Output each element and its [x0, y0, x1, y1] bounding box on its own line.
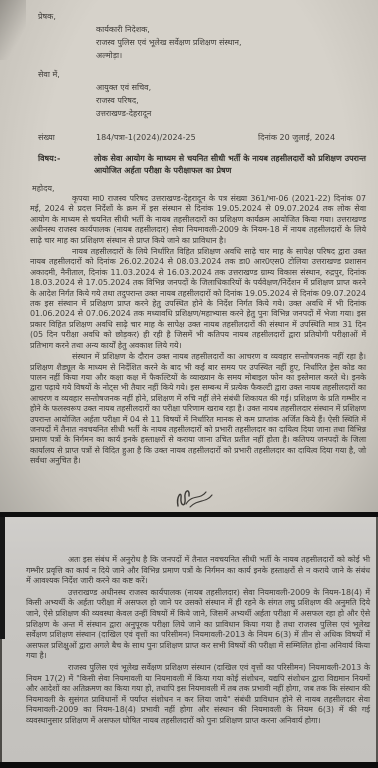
reference-row: संख्या 184/पत्रा-1(2024)/2024-25 दिनांक … [30, 132, 366, 143]
scan-edge-left-bar [0, 517, 5, 639]
sender-line: अल्मोड़ा। [96, 49, 366, 62]
signature-scribble-icon [172, 486, 216, 512]
recipient-address: आयुक्त एवं सचिव, राजस्व परिषद, उत्तराखण्… [96, 81, 366, 120]
scan-edge-left-thin [0, 639, 2, 762]
letter-date: दिनांक 20 जुलाई, 2024 [258, 132, 366, 143]
sender-line: राजस्व पुलिस एवं भूलेख सर्वेक्षण प्रशिक्… [96, 36, 366, 49]
body-paragraph: नायब तहसीलदारों के लिये निर्धारित विहित … [30, 247, 366, 351]
scanned-letter: प्रेषक, कार्यकारी निदेशक, राजस्व पुलिस ए… [0, 0, 378, 768]
body-paragraph: राजस्व पुलिस एवं भूलेख सर्वेक्षण प्रशिक्… [26, 663, 370, 727]
sender-address: कार्यकारी निदेशक, राजस्व पुलिस एवं भूलेख… [96, 23, 366, 62]
body-paragraph: कृपया मा0 राजस्व परिषद उत्तराखण्ड-देहराद… [30, 194, 366, 246]
recipient-line: उत्तराखण्ड-देहरादून [96, 107, 366, 120]
recipient-label: सेवा में, [38, 68, 366, 81]
body-paragraph: अतः इस संबंध में अनुरोध है कि जनपदों में… [26, 555, 370, 587]
sender-label: प्रेषक, [38, 10, 366, 23]
subject-label: विषय:- [38, 153, 94, 177]
scan-edge-bottom-bar [0, 762, 378, 768]
letter-number-value: 184/पत्रा-1(2024)/2024-25 [96, 132, 258, 143]
letter-page-2: अतः इस संबंध में अनुरोध है कि जनपदों में… [0, 517, 378, 762]
body-paragraph: उत्तराखण्ड अधीनस्थ राजस्व कार्यपालक (नाय… [26, 588, 370, 662]
letter-date-label: दिनांक [258, 133, 277, 142]
recipient-line: आयुक्त एवं सचिव, [96, 81, 366, 94]
letter-number-label: संख्या [38, 132, 96, 143]
subject-text: लोक सेवा आयोग के माध्यम से चयनित सीधी भर… [94, 153, 366, 177]
subject-row: विषय:- लोक सेवा आयोग के माध्यम से चयनित … [30, 153, 366, 177]
letter-page-1: प्रेषक, कार्यकारी निदेशक, राजस्व पुलिस ए… [0, 0, 378, 512]
letter-date-value: 20 जुलाई, 2024 [280, 133, 336, 142]
recipient-line: राजस्व परिषद, [96, 94, 366, 107]
scan-corner-shadow [0, 0, 26, 60]
sender-line: कार्यकारी निदेशक, [96, 23, 366, 36]
body-paragraph: संस्थान में प्रशिक्षण के दौरान उक्त नायब… [30, 352, 366, 466]
salutation: महोदय, [32, 183, 366, 194]
